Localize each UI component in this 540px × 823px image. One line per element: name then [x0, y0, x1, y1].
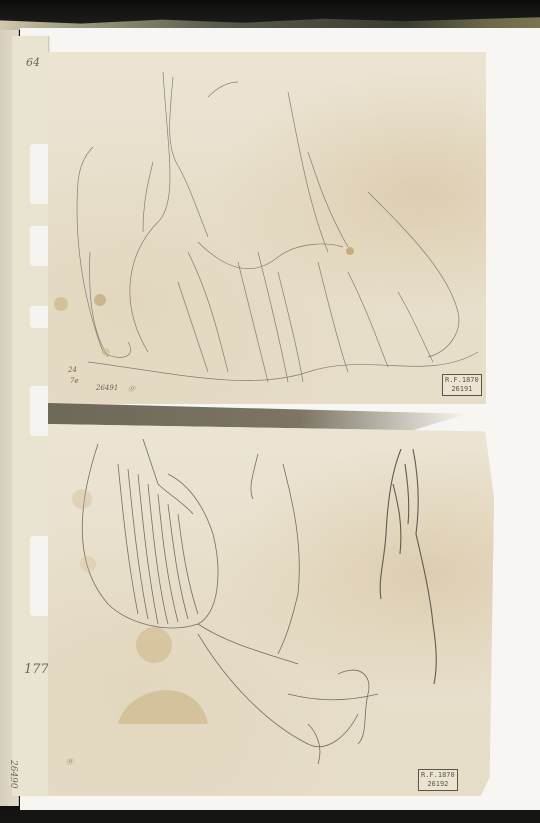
collection-mark: ⓪ — [128, 384, 135, 394]
album-inventory-number: 26490 — [8, 760, 18, 789]
stamp-line-2: 26191 — [445, 385, 479, 394]
horse-leg-sketch — [48, 52, 486, 404]
horse-hoof-and-head-sketch — [48, 424, 494, 796]
stamp-line-2: 26192 — [421, 780, 455, 789]
inventory-note: 26491 — [96, 384, 118, 392]
collection-mark: ⓪ — [66, 757, 73, 767]
drawing-sheet-top: 24 7e 26491 ⓪ R.F.1870 26191 — [48, 52, 486, 404]
museum-stamp: R.F.1870 26192 — [418, 769, 458, 791]
album-page-number: 64 — [26, 56, 40, 69]
dark-background-bottom — [0, 810, 540, 823]
handwritten-note: 24 — [68, 366, 77, 374]
handwritten-note: 7e — [70, 377, 79, 385]
drawing-sheet-bottom: ⓪ R.F.1870 26192 — [48, 424, 494, 796]
museum-stamp: R.F.1870 26191 — [442, 374, 482, 396]
album-folio-number: 177 — [24, 662, 49, 677]
album-binding-flap — [12, 36, 49, 796]
stamp-line-1: R.F.1870 — [445, 376, 479, 385]
stamp-line-1: R.F.1870 — [421, 771, 455, 780]
